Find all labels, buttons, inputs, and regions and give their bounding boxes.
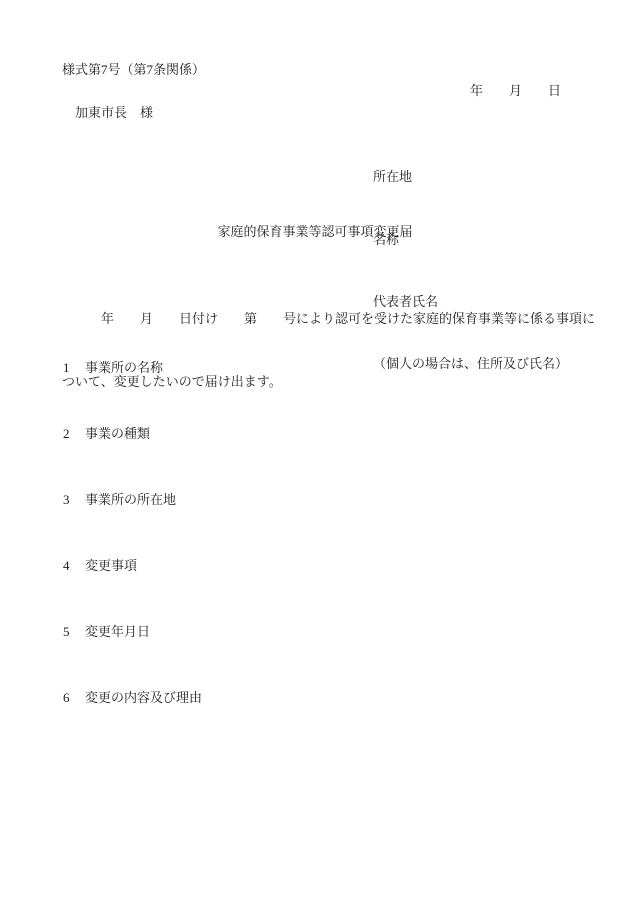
item-label: 事業所の所在地: [85, 493, 176, 506]
document-page: 様式第7号（第7条関係） 年 月 日 加東市長 様 所在地 名称 代表者氏名 （…: [0, 0, 630, 903]
form-number: 様式第7号（第7条関係）: [62, 63, 205, 76]
item-number: 5: [63, 625, 85, 638]
submitter-address-label: 所在地: [373, 167, 568, 188]
list-item-5: 5 変更年月日: [63, 625, 202, 638]
body-line-1: 年 月 日付け 第 号により認可を受けた家庭的保育事業等に係る事項に: [62, 308, 602, 329]
item-number: 6: [63, 691, 85, 704]
items-list: 1 事業所の名称 2 事業の種類 3 事業所の所在地 4 変更事項 5 変更年月…: [63, 335, 202, 757]
item-label: 事業所の名称: [85, 361, 163, 374]
list-item-4: 4 変更事項: [63, 559, 202, 572]
item-number: 2: [63, 427, 85, 440]
document-title: 家庭的保育事業等認可事項変更届: [0, 225, 630, 238]
item-label: 変更事項: [85, 559, 137, 572]
item-label: 変更年月日: [85, 625, 150, 638]
item-label: 変更の内容及び理由: [85, 691, 202, 704]
item-label: 事業の種類: [85, 427, 150, 440]
item-number: 3: [63, 493, 85, 506]
item-number: 4: [63, 559, 85, 572]
list-item-1: 1 事業所の名称: [63, 361, 202, 374]
list-item-3: 3 事業所の所在地: [63, 493, 202, 506]
list-item-2: 2 事業の種類: [63, 427, 202, 440]
list-item-6: 6 変更の内容及び理由: [63, 691, 202, 704]
date-line: 年 月 日: [470, 84, 561, 97]
item-number: 1: [63, 361, 85, 374]
addressee: 加東市長 様: [75, 106, 153, 119]
